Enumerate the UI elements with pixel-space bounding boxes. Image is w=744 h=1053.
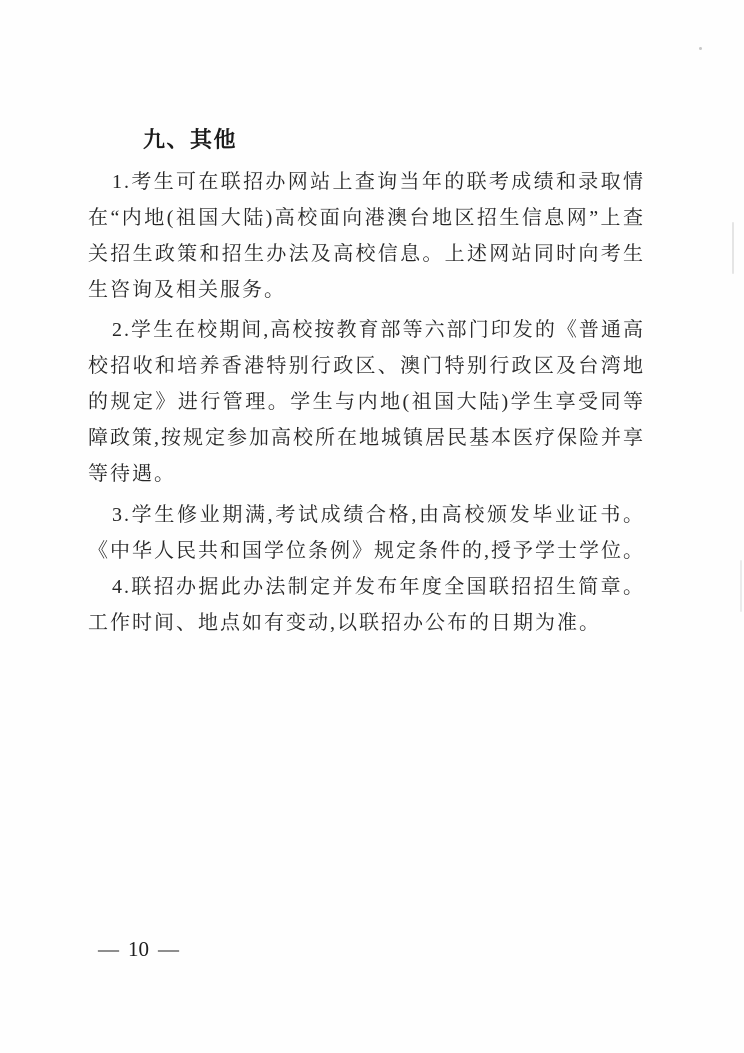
text-line: 1.考生可在联招办网站上查询当年的联考成绩和录取情况。: [88, 164, 645, 200]
text-line: 4.联招办据此办法制定并发布年度全国联招招生简章。相关: [88, 569, 645, 605]
text-line: 生咨询及相关服务。: [88, 272, 645, 308]
scan-streak: [740, 560, 742, 612]
text-line: 《中华人民共和国学位条例》规定条件的,授予学士学位。: [88, 533, 645, 569]
text-line: 工作时间、地点如有变动,以联招办公布的日期为准。: [88, 605, 645, 641]
section-heading: 九、其他: [143, 127, 237, 153]
scan-streak: [732, 222, 734, 274]
text-line: 等待遇。: [88, 456, 645, 492]
text-line: 的规定》进行管理。学生与内地(祖国大陆)学生享受同等医疗保: [88, 384, 645, 420]
text-line: 关招生政策和招生办法及高校信息。上述网站同时向考生提供招: [88, 236, 645, 272]
text-line: 障政策,按规定参加高校所在地城镇居民基本医疗保险并享受同: [88, 420, 645, 456]
text-line: 校招收和培养香港特别行政区、澳门特别行政区及台湾地区学生: [88, 348, 645, 384]
paragraph-1: 1.考生可在联招办网站上查询当年的联考成绩和录取情况。 在“内地(祖国大陆)高校…: [88, 164, 645, 308]
paragraph-3: 3.学生修业期满,考试成绩合格,由高校颁发毕业证书。符合 《中华人民共和国学位条…: [88, 497, 645, 569]
text-line: 在“内地(祖国大陆)高校面向港澳台地区招生信息网”上查询有: [88, 200, 645, 236]
text-line: 2.学生在校期间,高校按教育部等六部门印发的《普通高等学: [88, 312, 645, 348]
text-line: 3.学生修业期满,考试成绩合格,由高校颁发毕业证书。符合: [88, 497, 645, 533]
em-dash: —: [98, 936, 119, 962]
scan-speck: [699, 47, 702, 50]
em-dash: —: [158, 936, 179, 962]
document-page: 九、其他 1.考生可在联招办网站上查询当年的联考成绩和录取情况。 在“内地(祖国…: [0, 0, 744, 1053]
page-footer: — 10 —: [98, 936, 179, 962]
paragraph-2: 2.学生在校期间,高校按教育部等六部门印发的《普通高等学 校招收和培养香港特别行…: [88, 312, 645, 492]
paragraph-4: 4.联招办据此办法制定并发布年度全国联招招生简章。相关 工作时间、地点如有变动,…: [88, 569, 645, 641]
page-number: 10: [128, 936, 149, 962]
